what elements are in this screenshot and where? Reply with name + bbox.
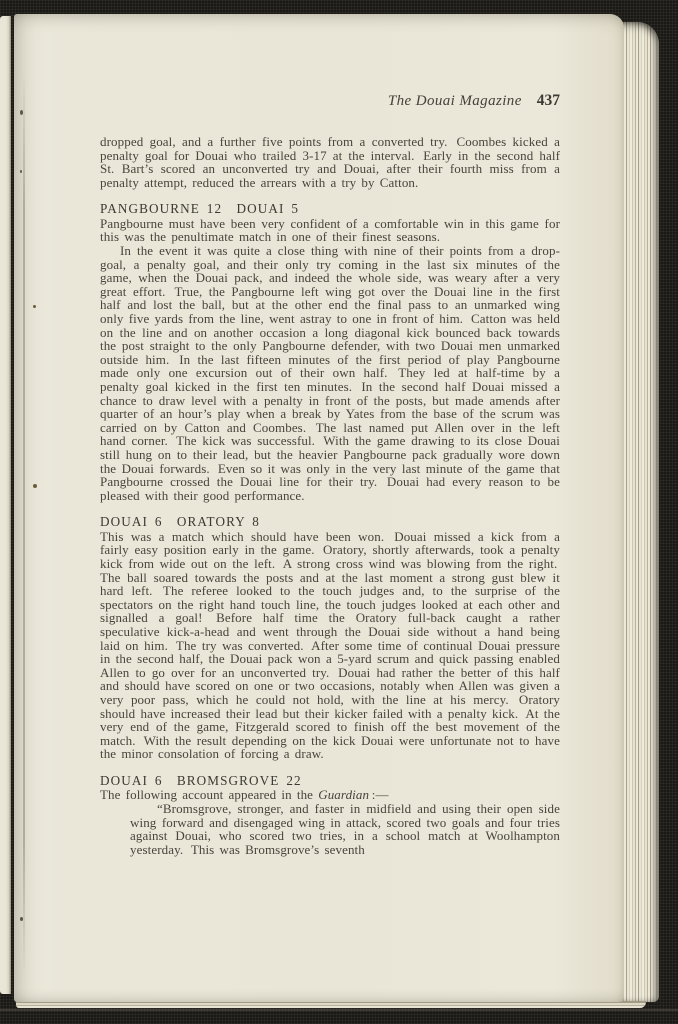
gutter-crease	[23, 74, 25, 974]
page-stack-bottom-edge	[16, 1001, 646, 1008]
match1-paragraph-2: In the event it was quite a close thing …	[100, 244, 560, 502]
facing-page-edge	[0, 16, 11, 994]
match-heading-douai-oratory: DOUAI 6 ORATORY 8	[100, 515, 560, 530]
page-stack-fore-edge	[618, 22, 659, 1002]
binding-speck	[20, 917, 23, 921]
page-number: 437	[537, 92, 560, 110]
match-heading-pangbourne-douai: PANGBOURNE 12 DOUAI 5	[100, 202, 560, 217]
text-column: The Douai Magazine 437 dropped goal, and…	[100, 14, 560, 856]
match-heading-douai-bromsgrove: DOUAI 6 BROMSGROVE 22	[100, 774, 560, 789]
guardian-attribution: The following account appeared in the Gu…	[100, 788, 560, 802]
binding-speck	[33, 484, 37, 488]
page-header: The Douai Magazine 437	[100, 92, 560, 110]
binding-speck	[33, 305, 36, 308]
intro-paragraph: dropped goal, and a further five points …	[100, 135, 560, 189]
match1-paragraph-1: Pangbourne must have been very confident…	[100, 217, 560, 244]
match2-paragraph: This was a match which should have been …	[100, 530, 560, 761]
cover-bottom-seam	[0, 1009, 678, 1011]
magazine-page: The Douai Magazine 437 dropped goal, and…	[14, 14, 624, 1002]
journal-title: The Douai Magazine	[388, 93, 522, 110]
binding-speck	[20, 110, 23, 115]
book-scan: The Douai Magazine 437 dropped goal, and…	[0, 0, 678, 1024]
binding-speck	[20, 170, 22, 173]
guardian-quote: “Bromsgrove, stronger, and faster in mid…	[130, 802, 560, 856]
